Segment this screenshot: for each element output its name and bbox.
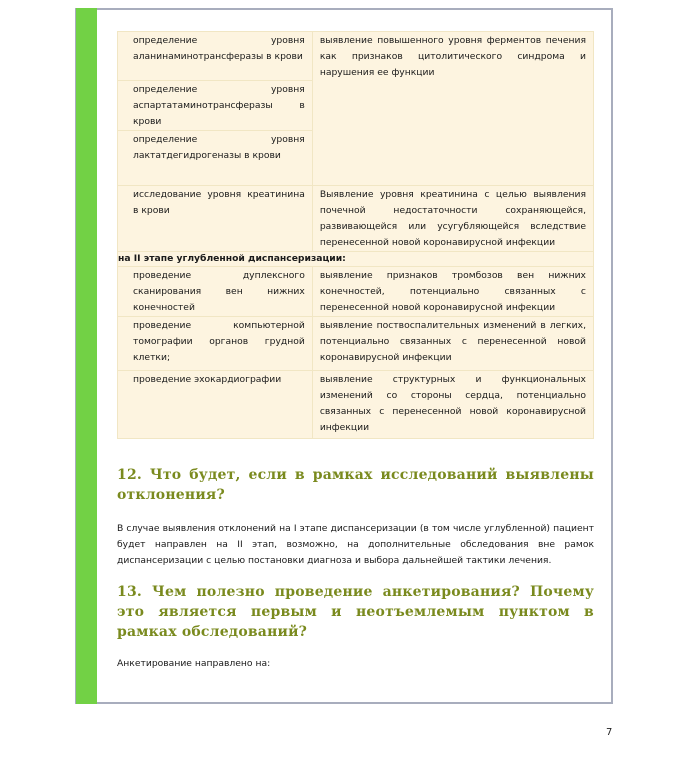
table-cell-exam: проведение компьютерной томографии орган… (118, 317, 313, 371)
section-12-heading: 12. Что будет, если в рамках исследовани… (117, 465, 594, 505)
table-cell-exam: определение уровня аланинаминотрансфераз… (118, 32, 313, 81)
table-row: проведение дуплексного сканирования вен … (118, 267, 594, 317)
table-cell-exam: проведение эхокардиографии (118, 371, 313, 439)
section-12-text: В случае выявления отклонений на I этапе… (117, 521, 594, 569)
table-cell-purpose: Выявление уровня креатинина с целью выяв… (312, 186, 593, 252)
table-cell-exam: проведение дуплексного сканирования вен … (118, 267, 313, 317)
stage-header: на II этапе углубленной диспансеризации: (118, 252, 594, 267)
table-cell-purpose: выявление структурных и функциональных и… (312, 371, 593, 439)
table-cell-purpose: выявление поствоспалительных изменений в… (312, 317, 593, 371)
table-row: определение уровня аланинаминотрансфераз… (118, 32, 594, 81)
table-cell-exam: исследование уровня креатинина в крови (118, 186, 313, 252)
section-13-heading: 13. Чем полезно проведение анкетирования… (117, 582, 594, 642)
table-row: проведение эхокардиографии выявление стр… (118, 371, 594, 439)
page-number: 7 (606, 727, 612, 738)
table-row: проведение компьютерной томографии орган… (118, 317, 594, 371)
table-stage-header-row: на II этапе углубленной диспансеризации: (118, 252, 594, 267)
table-cell-exam: определение уровня аспартатаминотрансфер… (118, 81, 313, 131)
document-page: определение уровня аланинаминотрансфераз… (75, 8, 613, 704)
table-cell-purpose: выявление повышенного уровня ферментов п… (312, 32, 593, 186)
table-row: исследование уровня креатинина в крови В… (118, 186, 594, 252)
section-13-text: Анкетирование направлено на: (117, 656, 594, 672)
examinations-table: определение уровня аланинаминотрансфераз… (117, 31, 594, 439)
accent-bar (76, 8, 97, 704)
table-cell-purpose: выявление признаков тромбозов вен нижних… (312, 267, 593, 317)
table-cell-exam: определение уровня лактатдегидрогеназы в… (118, 131, 313, 186)
